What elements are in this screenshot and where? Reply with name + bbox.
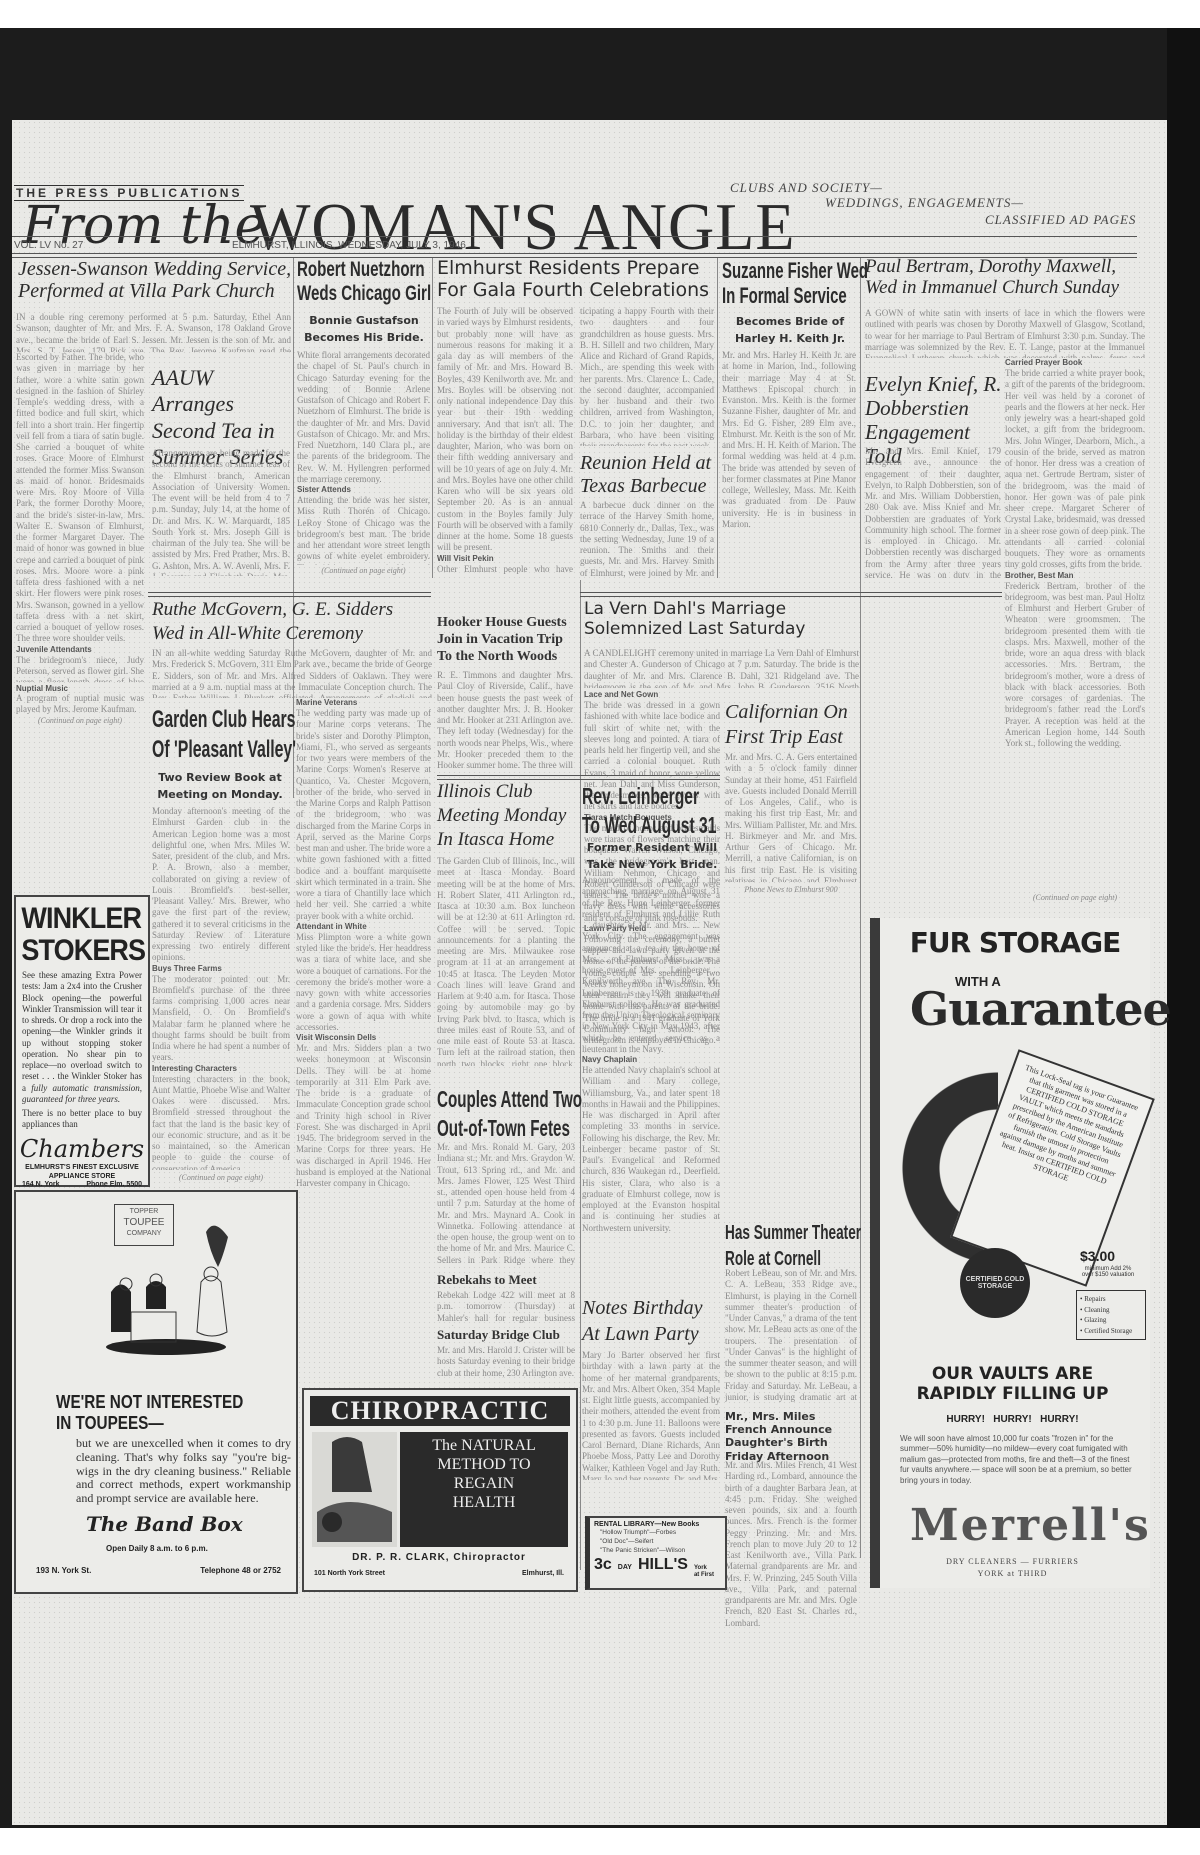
mcgovern-body-2: Marine Veterans The wedding party was ma…: [296, 698, 431, 1418]
illinois-club-body: The Garden Club of Illinois, Inc., will …: [437, 856, 575, 1066]
subhead: Carried Prayer Book: [1005, 358, 1145, 368]
dahl-body: A CANDLELIGHT ceremony united in marriag…: [584, 648, 859, 688]
leinberger-headline: Rev. Leinberger To Wed August 31: [582, 782, 677, 840]
californian-body: Mr. and Mrs. C. A. Gers entertained with…: [725, 752, 857, 882]
headline-line: Couples Attend Two: [437, 1085, 529, 1114]
headline-line: Join in Vacation Trip: [437, 632, 577, 649]
headline-line: Ruthe McGovern, G. E. Sidders: [152, 598, 432, 622]
subhead: Marine Veterans: [296, 698, 431, 708]
merrell-fur-storage-ad[interactable]: FUR STORAGE WITH A Guarantee This Lock-S…: [870, 918, 1150, 1588]
paragraph: He attended Navy chaplain's school at Wi…: [582, 1065, 720, 1233]
lawn-party-headline: Notes Birthday At Lawn Party: [582, 1295, 722, 1347]
headline-line: Hooker House Guests: [437, 615, 577, 632]
garden-headline: Garden Club Hears Of 'Pleasant Valley': [152, 705, 244, 765]
ad-phone: Telephone 48 or 2752: [200, 1566, 281, 1575]
paragraph: A program of nuptial music was played by…: [16, 693, 144, 716]
headline-line: Robert Nuetzhorn: [297, 258, 393, 282]
cornell-headline: Has Summer Theater Role at Cornell: [725, 1220, 817, 1272]
tagline-line: DRY CLEANERS — FURRIERS: [880, 1556, 1145, 1568]
column-rule: [717, 258, 718, 578]
service-label: Repairs: [1084, 1295, 1105, 1303]
toupee-cartoon-illustration: [96, 1222, 256, 1372]
column-rule: [580, 580, 581, 1570]
slogan-line: The NATURAL: [400, 1437, 568, 1456]
ad-contact: 164 N. York Phone Elm. 5500: [16, 1181, 148, 1188]
scan-edge: [1167, 28, 1200, 1828]
band-box-copy: but we are unexcelled when it comes to d…: [76, 1437, 291, 1506]
subhead: Attendant in White: [296, 922, 431, 932]
subhead: Lace and Net Gown: [584, 690, 720, 700]
paragraph: Escorted by Father. The bride, who was g…: [16, 352, 144, 643]
knief-body: Mr. and Mrs. Emil Knief, 179 Evergreen a…: [865, 446, 1001, 578]
hills-book-list: "Hollow Triumph"—Forbes "Old Doc"—Seifer…: [590, 1529, 725, 1555]
ad-title-line: WINKLER: [21, 903, 131, 935]
section-rule: [148, 592, 431, 597]
chiropractor-name: DR. P. R. CLARK, Chiropractor: [314, 1552, 564, 1563]
headline-line: Solemnized Last Saturday: [584, 620, 864, 640]
headline-line: WE'RE NOT INTERESTED: [56, 1392, 243, 1413]
hooker-body: R. E. Timmons and daughter Mrs. Paul Clo…: [437, 670, 573, 770]
paragraph: The bridegroom's niece, Judy Peterson, s…: [16, 655, 144, 683]
fourth-body-2: ticipating a happy Fourth with their two…: [580, 306, 714, 446]
service-label: Glazing: [1084, 1316, 1106, 1324]
deck-line: Meeting on Monday.: [150, 787, 290, 804]
paragraph: Frederick Bertram, brother of the brideg…: [1005, 581, 1145, 749]
deck-line: Take New York Bride.: [582, 857, 722, 874]
garden-body: Monday afternoon's meeting of the Elmhur…: [152, 806, 290, 1170]
band-box-ad[interactable]: TOPPER TOUPEE COMPANY WE'RE NOT INTEREST…: [14, 1190, 298, 1594]
subhead: Navy Chaplain: [582, 1055, 720, 1065]
headline-line: Paul Bertram, Dorothy Maxwell,: [865, 256, 1150, 277]
subhead: Brother, Best Man: [1005, 571, 1145, 581]
chiropractor-figure-icon: [312, 1432, 397, 1547]
chiropractor-illustration: [312, 1432, 397, 1547]
paragraph: The moderator pointed out Mr. Bromfield'…: [152, 974, 290, 1063]
paragraph: The bride carried a white prayer book, a…: [1005, 368, 1145, 569]
bridge-body: Mr. and Mrs. Harold J. Crister will be h…: [437, 1345, 575, 1381]
hills-location: York at First: [694, 1565, 714, 1578]
ad-tagline-line: APPLIANCE STORE: [16, 1172, 148, 1181]
book-item: "The Panic Stricken"—Wilson: [600, 1547, 725, 1556]
lawn-party-body: Mary Jo Barter observed her first birthd…: [582, 1350, 720, 1480]
bertram-body: A GOWN of white satin with inserts of la…: [865, 308, 1145, 358]
location-line: York: [694, 1565, 707, 1571]
hills-title: RENTAL LIBRARY—New Books: [590, 1518, 725, 1529]
fourth-headline: Elmhurst Residents Prepare For Gala Four…: [437, 258, 717, 302]
band-box-contact: 193 N. York St. Telephone 48 or 2752: [36, 1566, 281, 1575]
headline-line: Weds Chicago Girl: [297, 282, 393, 306]
chiropractic-ad[interactable]: CHIROPRACTIC The NATURAL METHOD TO REGAI…: [302, 1388, 578, 1592]
subhead: Nuptial Music: [16, 684, 144, 693]
illinois-club-headline: Illinois Club Meeting Monday In Itasca H…: [437, 780, 577, 851]
subhead: Visit Wisconsin Dells: [296, 1033, 431, 1043]
book-item: "Old Doc"—Seifert: [600, 1538, 725, 1547]
chiropractor-contact: 101 North York Street Elmhurst, Ill.: [314, 1570, 564, 1577]
nuetzhorn-headline: Robert Nuetzhorn Weds Chicago Girl: [297, 258, 393, 306]
deck-line: Two Review Book at: [150, 770, 290, 787]
section-classified: CLASSIFIED AD PAGES: [985, 212, 1136, 228]
jessen-headline: Jessen-Swanson Wedding Service, Performe…: [18, 258, 293, 303]
headline-line: Jessen-Swanson Wedding Service,: [18, 258, 293, 280]
subhead: Will Visit Pekin: [437, 554, 573, 564]
fisher-body: Mr. and Mrs. Harley H. Keith Jr. are at …: [722, 350, 856, 575]
paragraph: Interesting characters in the book, Aunt…: [152, 1074, 290, 1171]
cornell-body: Robert LeBeau, son of Mr. and Mrs. C. A.…: [725, 1268, 857, 1404]
headline-line: Elmhurst Residents Prepare: [437, 258, 717, 280]
reunion-headline: Reunion Held at Texas Barbecue: [580, 452, 714, 498]
bertram-headline: Paul Bertram, Dorothy Maxwell, Wed in Im…: [865, 256, 1150, 299]
deck-line: Bonnie Gustafson: [297, 313, 431, 330]
headline-line: Wed in Immanuel Church Sunday: [865, 277, 1150, 298]
service-item: • Repairs: [1080, 1294, 1142, 1305]
deck-line: Becomes His Bride.: [297, 330, 431, 347]
ad-title-line: STOKERS: [21, 935, 131, 967]
volume-number: VOL. LV No. 27: [14, 240, 83, 251]
ad-city: Elmhurst, Ill.: [522, 1570, 564, 1577]
reunion-body: A barbecue duck dinner on the terrace of…: [580, 500, 714, 578]
mcgovern-headline: Ruthe McGovern, G. E. Sidders Wed in All…: [152, 598, 432, 646]
headline-line: Has Summer Theater: [725, 1220, 817, 1246]
service-item: • Certified Storage: [1080, 1326, 1142, 1337]
chiropractic-banner: CHIROPRACTIC: [310, 1396, 570, 1426]
column-rule: [432, 258, 433, 578]
hurry-line: HURRY! HURRY! HURRY!: [880, 1414, 1145, 1425]
merrell-tagline: DRY CLEANERS — FURRIERS YORK at THIRD: [880, 1556, 1145, 1580]
location-line: at First: [694, 1572, 714, 1578]
winkler-stokers-ad[interactable]: WINKLER STOKERS See these amazing Extra …: [14, 895, 150, 1187]
french-body: Mr. and Mrs. Miles French, 41 West Hardi…: [725, 1460, 857, 1640]
deck-line: Harley H. Keith Jr.: [722, 331, 858, 348]
storage-price: $3.00: [1080, 1248, 1115, 1264]
nuetzhorn-deck: Bonnie Gustafson Becomes His Bride.: [297, 313, 431, 346]
jessen-body-2: Escorted by Father. The bride, who was g…: [16, 352, 144, 682]
rebekahs-body: Rebekah Lodge 422 will meet at 8 p.m. to…: [437, 1290, 575, 1326]
hills-rental-library-ad[interactable]: RENTAL LIBRARY—New Books "Hollow Triumph…: [585, 1516, 727, 1590]
bertram-continued[interactable]: (Continued on page eight): [1005, 893, 1145, 902]
continued-link[interactable]: (Continued on page eight): [16, 716, 144, 725]
band-box-hours: Open Daily 8 a.m. to 6 p.m.: [106, 1544, 208, 1553]
dateline: ELMHURST, ILLINOIS, WEDNESDAY, JULY 3, 1…: [232, 240, 466, 251]
californian-headline: Californian On First Trip East: [725, 700, 860, 750]
slogan-line: METHOD TO: [400, 1456, 568, 1475]
headline-line: RAPIDLY FILLING UP: [880, 1384, 1145, 1404]
subhead: Interesting Characters: [152, 1064, 290, 1074]
column-rule: [860, 258, 861, 1558]
ad-address: 193 N. York St.: [36, 1566, 91, 1575]
merrell-logo: Merrell's: [910, 1500, 1151, 1551]
address-line: YORK at THIRD: [880, 1568, 1145, 1580]
leinberger-deck: Former Resident Will Take New York Bride…: [582, 840, 722, 873]
band-box-logo: The Band Box: [86, 1512, 243, 1536]
paragraph: Attending the bride was her sister, Miss…: [297, 495, 430, 565]
headline-line: Of 'Pleasant Valley': [152, 735, 244, 765]
fur-storage-title: FUR STORAGE: [880, 918, 1150, 959]
headline-line: For Gala Fourth Celebrations: [437, 280, 717, 302]
headline-line: Wed in All-White Ceremony: [152, 622, 432, 646]
headline-line: La Vern Dahl's Marriage: [584, 600, 864, 620]
section-rule: [580, 592, 1002, 597]
paragraph: The wedding party was made up of four Ma…: [296, 708, 431, 921]
headline-line: Rev. Leinberger: [582, 782, 677, 811]
hills-price: 3c: [594, 1556, 612, 1574]
fisher-deck: Becomes Bride of Harley H. Keith Jr.: [722, 314, 858, 347]
mcgovern-body: IN an all-white wedding Saturday Ruthe M…: [152, 648, 432, 698]
ad-address: 101 North York Street: [314, 1570, 385, 1577]
service-item: • Cleaning: [1080, 1305, 1142, 1316]
fourth-body: The Fourth of July will be observed in v…: [437, 306, 573, 576]
chiropractic-slogan: The NATURAL METHOD TO REGAIN HEALTH: [400, 1432, 568, 1547]
hills-per: DAY: [618, 1564, 632, 1571]
jessen-end: Nuptial Music A program of nuptial music…: [16, 684, 144, 725]
section-weddings: WEDDINGS, ENGAGEMENTS—: [825, 195, 1024, 211]
garden-deck: Two Review Book at Meeting on Monday.: [150, 770, 290, 803]
bridge-headline: Saturday Bridge Club: [437, 1327, 577, 1343]
paragraph: Other Elmhurst people who have revealed …: [437, 564, 573, 577]
couples-headline: Couples Attend Two Out-of-Town Fetes: [437, 1085, 529, 1143]
slogan-line: HEALTH: [400, 1494, 568, 1513]
ad-body: See these amazing Extra Power tests: Jam…: [16, 966, 148, 1135]
price-note: minimum Add 2% over $150 valuation: [1078, 1266, 1138, 1278]
sign-line: TOPPER: [115, 1207, 173, 1216]
ad-phone: Phone Elm. 5500: [86, 1181, 142, 1188]
ad-tagline: ELMHURST'S FINEST EXCLUSIVE APPLIANCE ST…: [16, 1163, 148, 1181]
headline-line: To Wed August 31: [582, 811, 677, 840]
paragraph: The Fourth of July will be observed in v…: [437, 306, 573, 552]
slogan-line: REGAIN: [400, 1475, 568, 1494]
service-item: • Glazing: [1080, 1315, 1142, 1326]
garden-continued[interactable]: (Continued on page eight): [152, 1173, 290, 1182]
paragraph: Mr. and Mrs. Sidders plan a two weeks ho…: [296, 1043, 431, 1188]
dahl-headline: La Vern Dahl's Marriage Solemnized Last …: [584, 600, 864, 639]
ad-tagline-line: ELMHURST'S FINEST EXCLUSIVE: [16, 1163, 148, 1172]
band-box-headline: WE'RE NOT INTERESTED IN TOUPEES—: [56, 1392, 243, 1433]
headline-line: Suzanne Fisher Wed: [722, 258, 814, 283]
vaults-headline: OUR VAULTS ARE RAPIDLY FILLING UP: [880, 1364, 1145, 1405]
fisher-headline: Suzanne Fisher Wed In Formal Service: [722, 258, 814, 309]
headline-line: IN TOUPEES—: [56, 1413, 243, 1434]
chambers-logo: Chambers: [16, 1135, 148, 1163]
ad-copy: There is no better place to buy applianc…: [22, 1108, 142, 1131]
service-label: Certified Storage: [1084, 1327, 1132, 1335]
jessen-body: IN a double ring ceremony performed at 5…: [16, 312, 291, 352]
paragraph: White floral arrangements decorated the …: [297, 350, 430, 484]
french-headline: Mr., Mrs. Miles French Announce Daughter…: [725, 1410, 860, 1463]
leinberger-body: Announcement is made of the approaching …: [582, 875, 720, 1285]
headline-line: Garden Club Hears: [152, 705, 244, 735]
headline-line: Performed at Villa Park Church: [18, 280, 293, 302]
deck-line: Becomes Bride of: [722, 314, 858, 331]
book-item: "Hollow Triumph"—Forbes: [600, 1529, 725, 1538]
headline-line: To the North Woods: [437, 649, 577, 666]
vaults-copy: We will soon have almost 10,000 fur coat…: [900, 1434, 1140, 1486]
phone-news-note: Phone News to Elmhurst 900: [725, 885, 857, 894]
deck-line: Former Resident Will: [582, 840, 722, 857]
hills-logo: HILL'S: [638, 1556, 688, 1574]
headline-line: In Formal Service: [722, 283, 814, 308]
certified-seal: CERTIFIED COLD STORAGE: [960, 1248, 1030, 1318]
masthead-rule: [12, 236, 1137, 237]
guarantee-script: Guarantee: [910, 982, 1171, 1036]
aauw-body: Arrangements are being made for the seco…: [152, 448, 290, 576]
ad-title: WINKLER STOKERS: [16, 897, 135, 966]
subhead: Buys Three Farms: [152, 964, 290, 974]
couples-body: Mr. and Mrs. Ronald M. Gary, 203 Indiana…: [437, 1142, 575, 1267]
hooker-headline: Hooker House Guests Join in Vacation Tri…: [437, 615, 577, 665]
nuetzhorn-body: White floral arrangements decorated the …: [297, 350, 430, 565]
ad-copy: See these amazing Extra Power tests: Jam…: [22, 970, 142, 1093]
services-list: • Repairs • Cleaning • Glazing • Certifi…: [1076, 1290, 1146, 1340]
subhead: Sister Attends: [297, 485, 430, 495]
nuetzhorn-continued[interactable]: (Continued on page eight): [297, 566, 430, 575]
paragraph: Monday afternoon's meeting of the Elmhur…: [152, 806, 290, 962]
paragraph: Announcement is made of the approaching …: [582, 875, 720, 1054]
bertram-body-2: Carried Prayer Book The bride carried a …: [1005, 358, 1145, 893]
paragraph: Miss Plimpton wore a white gown styled l…: [296, 932, 431, 1032]
ad-address: 164 N. York: [22, 1181, 60, 1188]
ad-copy-italic: fully automatic transmission, guaranteed…: [22, 1083, 142, 1104]
headline-line: Out-of-Town Fetes: [437, 1114, 529, 1143]
section-clubs: CLUBS AND SOCIETY—: [730, 180, 883, 196]
service-label: Cleaning: [1084, 1306, 1109, 1314]
hills-footer: 3c DAY HILL'S York at First: [590, 1555, 725, 1579]
subhead: Juvenile Attendants: [16, 645, 144, 655]
headline-line: OUR VAULTS ARE: [880, 1364, 1145, 1384]
rebekahs-headline: Rebekahs to Meet: [437, 1272, 577, 1288]
